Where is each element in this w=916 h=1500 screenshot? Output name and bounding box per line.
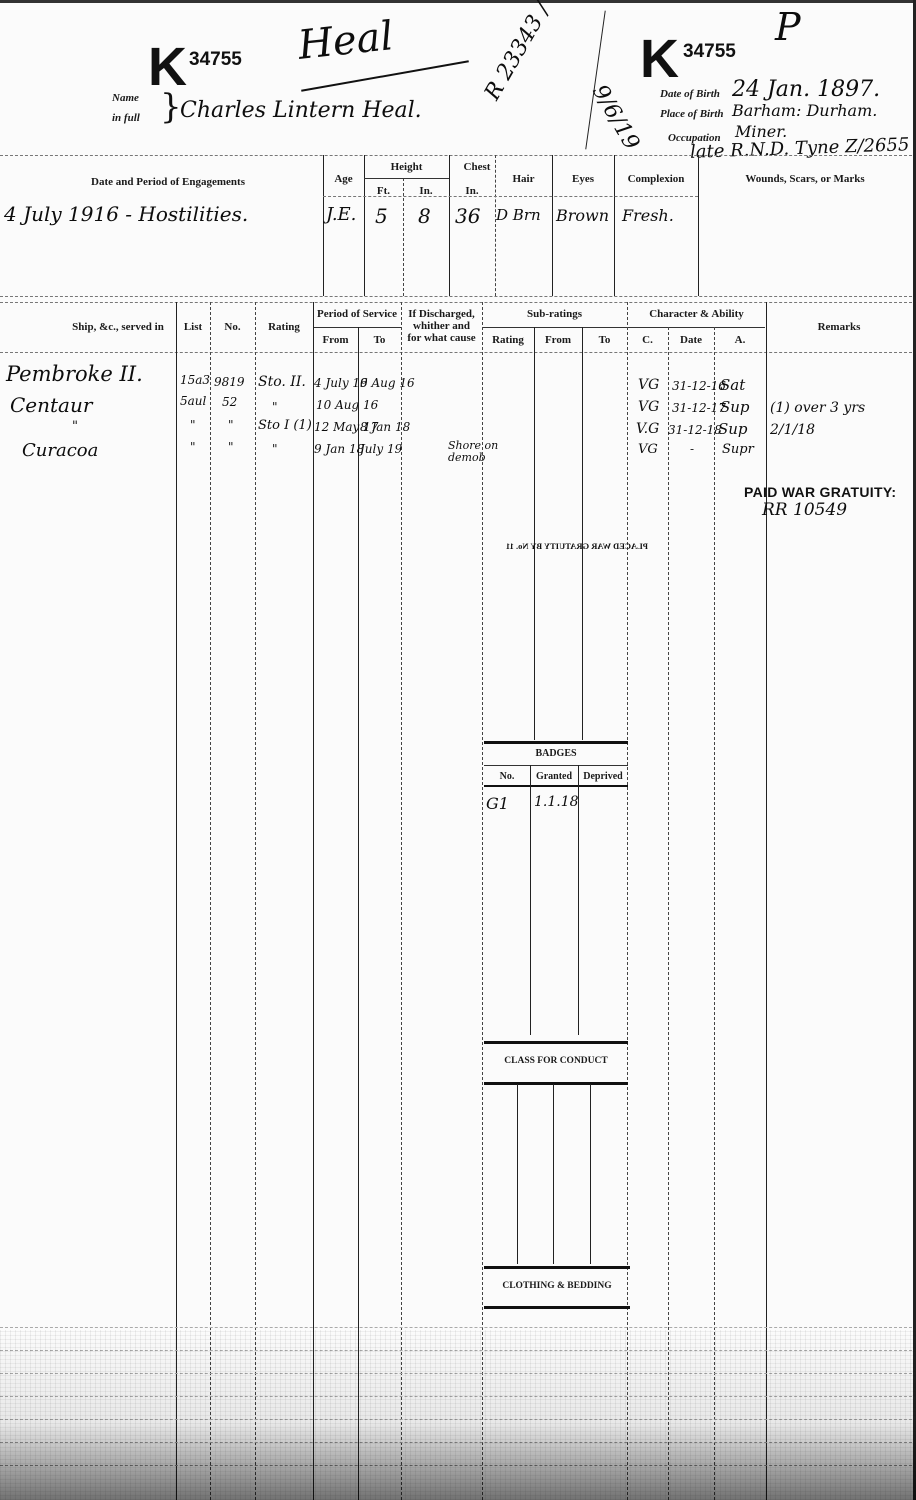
remark-2: 2/1/18 <box>770 422 815 438</box>
service-number-left: K34755 <box>148 40 242 94</box>
clothing-top-rule <box>484 1266 630 1269</box>
rating-row-3: Sto I (1) <box>258 418 312 433</box>
faint-rule <box>0 1327 912 1328</box>
from-row-2: 10 Aug 16 <box>316 398 378 412</box>
character-a-4: Supr <box>722 442 754 457</box>
list-row-3: " <box>190 418 196 432</box>
badges-top-rule <box>484 741 628 744</box>
ship-row-4: Curacoa <box>22 440 98 461</box>
no-row-4: " <box>228 440 234 454</box>
discharged-row-4: Shore on demob <box>448 440 518 464</box>
to-row-4: July 19 <box>360 442 402 456</box>
place-of-birth-value: Barham: Durham. <box>732 101 877 120</box>
character-date-2: 31-12-17 <box>672 401 726 415</box>
header-in: In. <box>403 185 449 197</box>
header-c: C. <box>627 334 668 346</box>
col-line <box>582 327 583 740</box>
badges-col-line <box>530 765 531 1035</box>
character-date-3: 31-12-18 <box>668 423 722 437</box>
header-to: To <box>358 334 401 346</box>
name-label: Name <box>112 92 139 104</box>
character-a-3: Sup <box>718 420 748 438</box>
ship-row-2: Centaur <box>10 393 92 417</box>
clothing-bedding-title: CLOTHING & BEDDING <box>484 1281 630 1291</box>
to-row-3: 8 Jan 18 <box>360 420 410 434</box>
header-chest-in: In. <box>449 185 495 197</box>
date-of-birth-label: Date of Birth <box>660 88 720 100</box>
header-chest: Chest <box>449 161 505 173</box>
header-remarks: Remarks <box>766 321 912 333</box>
col-line <box>210 302 211 1500</box>
eyes-value: Brown <box>556 206 609 225</box>
badges-title: BADGES <box>484 748 628 759</box>
col-line <box>364 155 365 296</box>
from-row-4: 9 Jan 18 <box>314 442 364 456</box>
character-c-1: VG <box>638 377 659 393</box>
character-date-4: - <box>690 442 694 456</box>
header-date: Date <box>668 334 714 346</box>
badges-header-granted: Granted <box>530 771 578 782</box>
clothing-bottom-rule <box>484 1306 630 1309</box>
scan-noise <box>0 1330 916 1500</box>
character-c-3: V.G <box>636 421 659 437</box>
character-a-1: Sat <box>720 376 745 394</box>
col-line <box>255 302 256 1500</box>
chest-value: 36 <box>455 204 480 228</box>
col-line <box>358 327 359 1500</box>
date-of-birth-value: 24 Jan. 1897. <box>732 77 880 102</box>
header-ft: Ft. <box>364 185 403 197</box>
diagonal-annotation-2: 9/6/19 <box>587 81 644 155</box>
height-ft-value: 5 <box>375 204 388 228</box>
badges-header-rule <box>484 785 628 787</box>
no-row-3: " <box>228 418 234 432</box>
period-rule <box>313 327 401 328</box>
col-line <box>482 302 483 1500</box>
no-row-2: 52 <box>222 395 237 409</box>
badge-no-1: G1 <box>486 794 509 813</box>
header-list: List <box>176 321 210 333</box>
header-sub-to: To <box>582 334 627 346</box>
header-eyes: Eyes <box>552 173 614 185</box>
col-line <box>668 327 669 1500</box>
place-of-birth-label: Place of Birth <box>660 108 724 120</box>
col-line <box>313 302 314 1500</box>
conduct-col-line <box>553 1084 554 1264</box>
conduct-col-line <box>517 1084 518 1264</box>
header-engagements: Date and Period of Engagements <box>0 176 336 188</box>
badges-header-deprived: Deprived <box>578 771 628 782</box>
late-note: late R.N.D. Tyne Z/2655 <box>690 134 910 163</box>
engagement-value: 4 July 1916 - Hostilities. <box>4 202 248 226</box>
header-complexion: Complexion <box>614 173 698 185</box>
service-top-rule <box>0 302 912 303</box>
header-character: Character & Ability <box>627 308 766 320</box>
badges-header-no: No. <box>484 771 530 782</box>
ship-row-1: Pembroke II. <box>6 362 143 386</box>
engagement-top-rule <box>0 155 912 156</box>
badge-granted-1: 1.1.18 <box>534 794 579 810</box>
header-sub-from: From <box>534 334 582 346</box>
top-signature: Heal <box>296 13 395 69</box>
header-age: Age <box>323 173 364 185</box>
header-period: Period of Service <box>313 308 401 320</box>
diagonal-line <box>585 11 605 150</box>
hair-value: D Brn <box>496 206 541 224</box>
header-subratings: Sub-ratings <box>482 308 627 320</box>
page-top-edge <box>0 0 916 3</box>
header-height: Height <box>364 161 449 173</box>
corner-mark: P <box>775 5 801 49</box>
class-for-conduct-title: CLASS FOR CONDUCT <box>484 1056 628 1066</box>
header-rating: Rating <box>255 321 313 333</box>
col-line <box>176 302 177 1500</box>
list-row-2: 5aul <box>180 394 206 408</box>
paid-war-gratuity-ref: RR 10549 <box>762 500 847 520</box>
engagement-bottom-rule <box>0 296 912 297</box>
character-rule <box>627 327 765 328</box>
header-from: From <box>313 334 358 346</box>
list-row-4: " <box>190 440 196 454</box>
character-c-2: VG <box>638 399 659 415</box>
header-ship: Ship, &c., served in <box>60 321 176 333</box>
character-date-1: 31-12-16 <box>672 379 726 393</box>
col-line <box>627 302 628 1500</box>
col-line <box>401 302 402 1500</box>
col-line <box>714 327 715 1500</box>
list-row-1: 15a3 <box>180 373 210 387</box>
in-full-label: in full <box>112 112 140 124</box>
service-number-right: K34755 <box>640 32 736 86</box>
paid-war-gratuity-stamp: PAID WAR GRATUITY: <box>744 484 896 500</box>
mirrored-stamp: PLACED WAR GRATUITY BY No. 11 <box>498 541 648 551</box>
header-sub-rating: Rating <box>482 334 534 346</box>
col-line <box>534 327 535 740</box>
header-a: A. <box>714 334 766 346</box>
character-a-2: Sup <box>720 398 750 416</box>
name-in-full: Charles Lintern Heal. <box>180 98 422 123</box>
col-line <box>766 302 767 1500</box>
diagonal-annotation-1: R 23343 / Y <box>480 0 566 105</box>
height-in-value: 8 <box>418 204 431 228</box>
rating-row-1: Sto. II. <box>258 374 306 390</box>
rating-row-2: " <box>272 400 278 414</box>
to-row-1: 9 Aug 16 <box>360 376 415 390</box>
rating-row-4: " <box>272 442 278 456</box>
conduct-top-rule <box>484 1041 628 1044</box>
ship-row-3: " <box>72 419 78 434</box>
name-brace: } <box>160 90 182 124</box>
header-wounds: Wounds, Scars, or Marks <box>698 173 912 185</box>
conduct-bottom-rule <box>484 1082 628 1085</box>
height-rule <box>364 178 449 179</box>
remark-1: (1) over 3 yrs <box>770 400 865 416</box>
col-line <box>449 155 450 296</box>
subratings-rule <box>482 327 627 328</box>
character-c-4: VG <box>638 442 658 457</box>
header-discharged: If Discharged, whither and for what caus… <box>401 308 482 344</box>
service-header-rule <box>0 352 912 353</box>
badges-sub-rule <box>484 765 628 766</box>
age-value: J.E. <box>326 204 356 225</box>
conduct-col-line <box>590 1084 591 1264</box>
header-hair: Hair <box>495 173 552 185</box>
header-no: No. <box>210 321 255 333</box>
no-row-1: 9819 <box>214 375 245 389</box>
complexion-value: Fresh. <box>622 206 674 225</box>
